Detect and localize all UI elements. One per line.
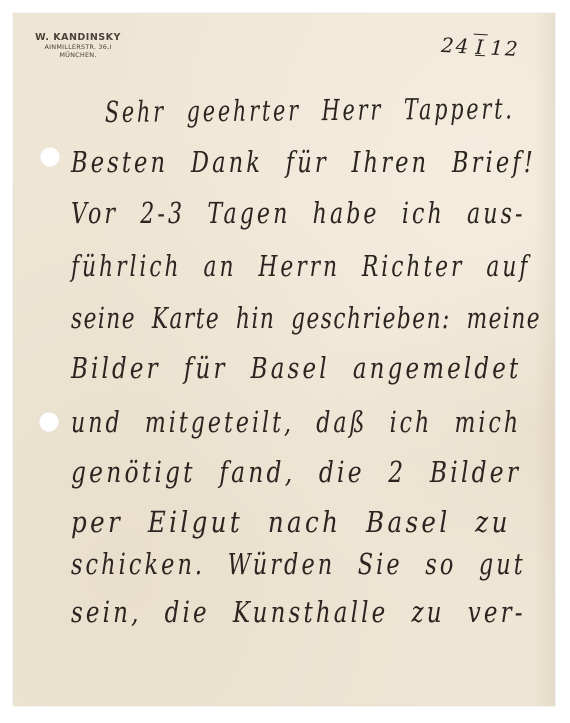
letter-line: schicken. Würden Sie so gut xyxy=(71,547,526,581)
letter-line: sein, die Kunsthalle zu ver- xyxy=(71,595,526,629)
letter-line: Bilder für Basel angemeldet xyxy=(71,351,521,385)
letter-line: Besten Dank für Ihren Brief! xyxy=(71,145,536,179)
letter-line: Vor 2-3 Tagen habe ich aus- xyxy=(71,196,526,230)
letter-line: führlich an Herrn Richter auf xyxy=(71,249,530,283)
letter-line: per Eilgut nach Basel zu xyxy=(71,505,511,539)
date-year: 12 xyxy=(490,36,521,62)
document-viewer: W. KANDINSKY AINMILLERSTR. 36,I MÜNCHEN.… xyxy=(0,0,570,723)
letter-line: und mitgeteilt, daß ich mich xyxy=(71,405,521,439)
punch-hole-top xyxy=(40,147,60,167)
letter-line: seine Karte hin geschrieben: meine xyxy=(71,301,541,335)
punch-hole-bottom xyxy=(39,412,59,432)
letterhead-name: W. KANDINSKY xyxy=(33,33,123,43)
letter-sheet: W. KANDINSKY AINMILLERSTR. 36,I MÜNCHEN.… xyxy=(13,13,555,706)
letter-date: 24I12 xyxy=(440,33,520,61)
letter-line: Sehr geehrter Herr Tappert. xyxy=(105,91,515,129)
date-month: I xyxy=(473,34,488,60)
letterhead-street: AINMILLERSTR. 36,I xyxy=(33,44,123,51)
letterhead-city: MÜNCHEN. xyxy=(33,52,123,59)
letterhead: W. KANDINSKY AINMILLERSTR. 36,I MÜNCHEN. xyxy=(33,33,123,59)
date-day: 24 xyxy=(440,33,471,59)
letter-line: genötigt fand, die 2 Bilder xyxy=(71,455,521,489)
